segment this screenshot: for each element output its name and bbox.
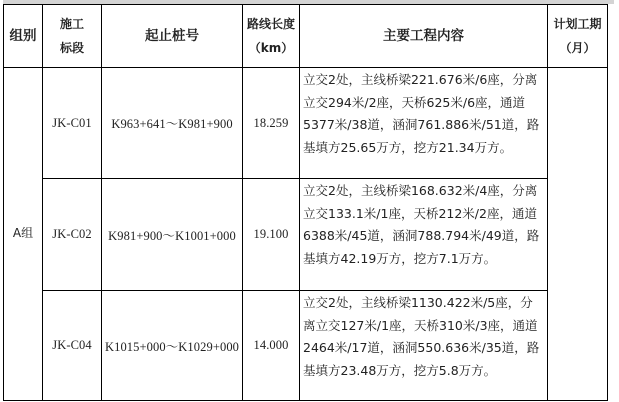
segment-cell: JK-C02 xyxy=(43,179,102,291)
table-row: JK-C04 K1015+000～K1029+000 14.000 立交2处，主… xyxy=(4,291,608,401)
header-period-line1: 计划工期 xyxy=(548,12,607,36)
header-period: 计划工期 （月） xyxy=(548,5,608,68)
header-period-line2: （月） xyxy=(548,36,607,60)
segment-cell: JK-C01 xyxy=(43,68,102,179)
content-cell: 立交2处，主线桥梁168.632米/4座，分离立交133.1米/1座，天桥212… xyxy=(300,179,548,291)
header-group-label: 组别 xyxy=(10,28,37,44)
length-cell: 14.000 xyxy=(243,291,300,401)
table-header-row: 组别 施工 标段 起止桩号 路线长度 （km） 主要工程内容 计划工期 （月） xyxy=(4,5,608,68)
group-cell: A组 xyxy=(4,68,43,401)
table-row: A组 JK-C01 K963+641～K981+900 18.259 立交2处，… xyxy=(4,68,608,179)
header-content-label: 主要工程内容 xyxy=(383,28,464,44)
length-cell: 18.259 xyxy=(243,68,300,179)
header-group: 组别 xyxy=(4,5,43,68)
header-segment-line2: 标段 xyxy=(43,36,101,60)
header-stake-range: 起止桩号 xyxy=(102,5,243,68)
header-length: 路线长度 （km） xyxy=(243,5,300,68)
segment-cell: JK-C04 xyxy=(43,291,102,401)
stake-range-cell: K1015+000～K1029+000 xyxy=(102,291,243,401)
header-stake-range-label: 起止桩号 xyxy=(145,28,199,44)
construction-sections-table: 组别 施工 标段 起止桩号 路线长度 （km） 主要工程内容 计划工期 （月） … xyxy=(3,4,608,401)
content-cell: 立交2处，主线桥梁221.676米/6座，分离立交294米/2座，天桥625米/… xyxy=(300,68,548,179)
stake-range-cell: K963+641～K981+900 xyxy=(102,68,243,179)
header-length-line2: （km） xyxy=(243,36,299,60)
period-cell xyxy=(548,68,608,401)
header-segment: 施工 标段 xyxy=(43,5,102,68)
table-row: JK-C02 K981+900～K1001+000 19.100 立交2处，主线… xyxy=(4,179,608,291)
header-length-line1: 路线长度 xyxy=(243,12,299,36)
length-cell: 19.100 xyxy=(243,179,300,291)
header-segment-line1: 施工 xyxy=(43,12,101,36)
stake-range-cell: K981+900～K1001+000 xyxy=(102,179,243,291)
content-cell: 立交2处，主线桥梁1130.422米/5座，分离立交127米/1座，天桥310米… xyxy=(300,291,548,401)
header-content: 主要工程内容 xyxy=(300,5,548,68)
